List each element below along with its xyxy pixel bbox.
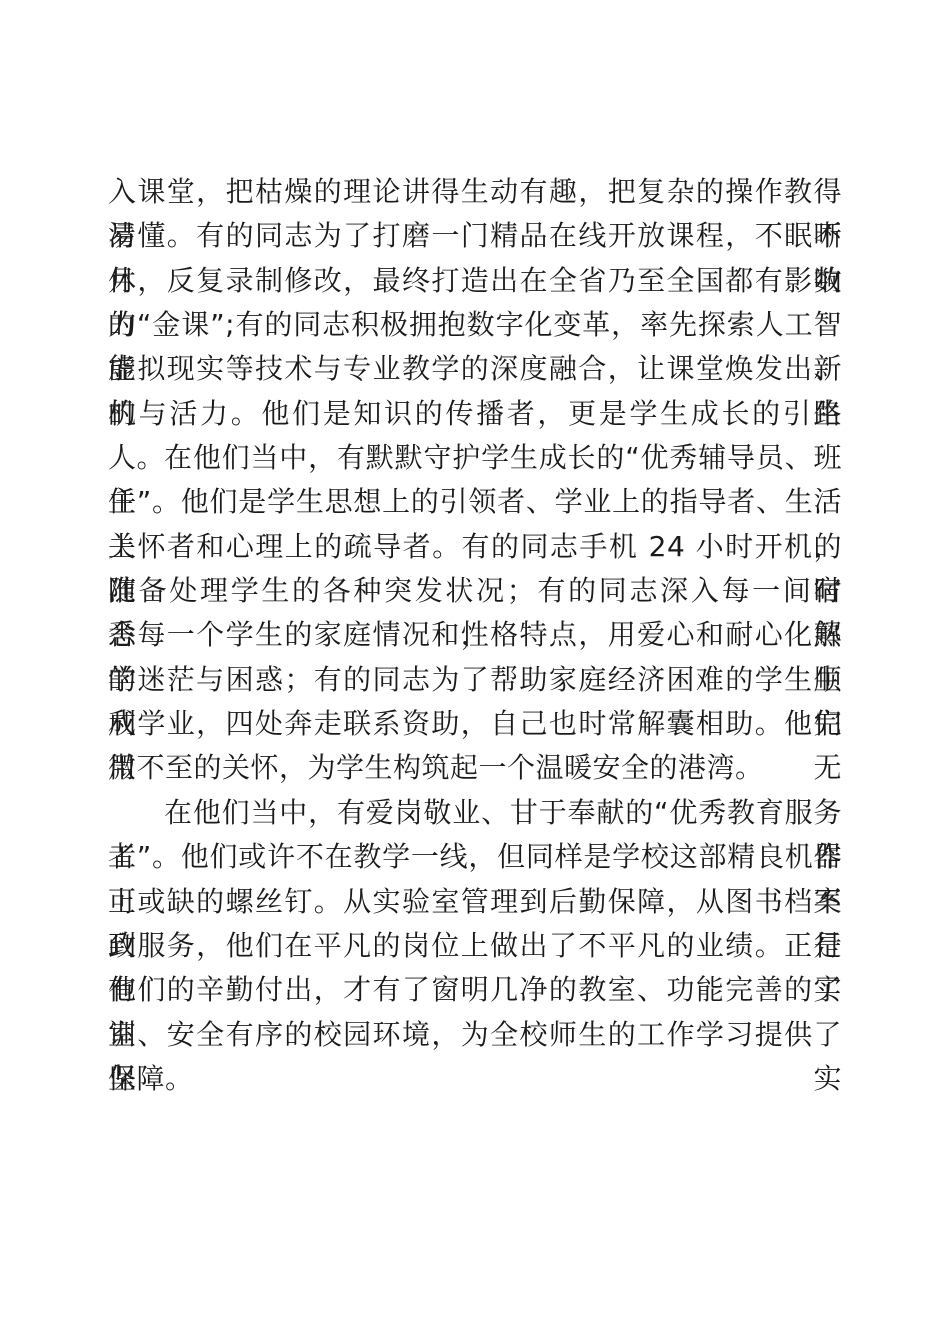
text-line: 机与活力。他们是知识的传播者，更是学生成长的引路人。 xyxy=(108,392,842,436)
text-line: 他们的辛勤付出，才有了窗明几净的教室、功能完善的实训 xyxy=(108,968,842,1012)
text-line: 悉每一个学生的家庭情况和性格特点，用爱心和耐心化解学生 xyxy=(108,613,842,657)
text-line: 月，反复录制修改，最终打造出在全省乃至全国都有影响力 xyxy=(108,259,842,303)
document-text: 入课堂，把枯燥的理论讲得生动有趣，把复杂的操作教得清晰易懂。有的同志为了打磨一门… xyxy=(108,170,842,1101)
text-line: 关怀者和心理上的疏导者。有的同志手机 24 小时开机，随时 xyxy=(108,525,842,569)
text-line: 任”。他们是学生思想上的引领者、学业上的指导者、生活上的 xyxy=(108,480,842,524)
text-line: 易懂。有的同志为了打磨一门精品在线开放课程，不眠不休数 xyxy=(108,214,842,258)
text-line: 微不至的关怀，为学生构筑起一个温暖安全的港湾。 xyxy=(108,746,842,790)
text-line: 虚拟现实等技术与专业教学的深度融合，让课堂焕发出新的生 xyxy=(108,347,842,391)
document-page: 入课堂，把枯燥的理论讲得生动有趣，把复杂的操作教得清晰易懂。有的同志为了打磨一门… xyxy=(0,0,950,1344)
text-line: 准备处理学生的各种突发状况；有的同志深入每一间宿舍，熟 xyxy=(108,569,842,613)
text-line: 室、安全有序的校园环境，为全校师生的工作学习提供了坚实 xyxy=(108,1013,842,1057)
text-line: 政服务，他们在平凡的岗位上做出了不平凡的业绩。正是有了 xyxy=(108,924,842,968)
text-line: 在他们当中，有默默守护学生成长的“优秀辅导员、班主 xyxy=(108,436,842,480)
text-line: 入课堂，把枯燥的理论讲得生动有趣，把复杂的操作教得清晰 xyxy=(108,170,842,214)
text-line: 可或缺的螺丝钉。从实验室管理到后勤保障，从图书档案到行 xyxy=(108,880,842,924)
text-line: 的迷茫与困惑；有的同志为了帮助家庭经济困难的学生顺利完 xyxy=(108,658,842,702)
text-line: 者”。他们或许不在教学一线，但同样是学校这部精良机器上不 xyxy=(108,835,842,879)
text-line: 成学业，四处奔走联系资助，自己也时常解囊相助。他们用无 xyxy=(108,702,842,746)
text-line: 的“金课”;有的同志积极拥抱数字化变革，率先探索人工智能、 xyxy=(108,303,842,347)
text-line: 在他们当中，有爱岗敬业、甘于奉献的“优秀教育服务工作 xyxy=(108,791,842,835)
